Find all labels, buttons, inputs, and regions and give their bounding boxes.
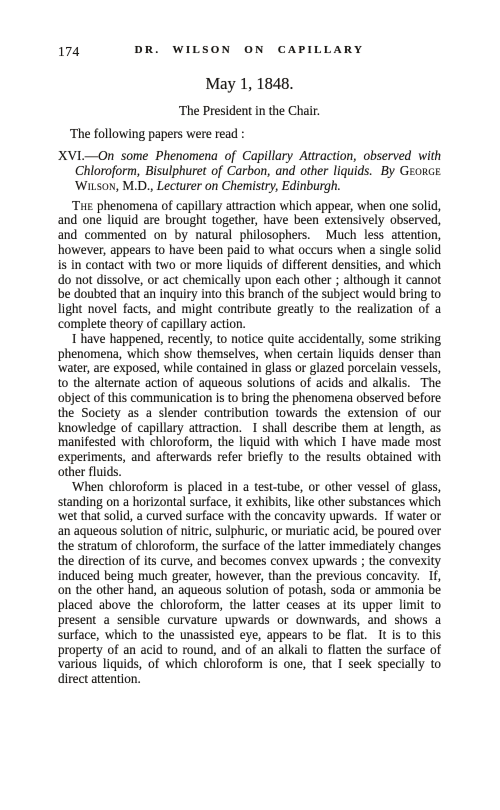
paragraph-2-text: I have happened, recently, to notice qui… <box>58 331 441 479</box>
article-by-label: By <box>381 163 395 178</box>
article-number: XVI.— <box>58 148 98 163</box>
article-heading: XVI.—On some Phenomena of Capillary Attr… <box>58 148 441 194</box>
paragraph-3: When chloroform is placed in a test-tube… <box>58 480 441 687</box>
scanned-page: 174 DR. WILSON ON CAPILLARY May 1, 1848.… <box>0 0 500 810</box>
paragraph-1: The phenomena of capillary attraction wh… <box>58 199 441 332</box>
paragraph-1-text: phenomena of capillary attraction which … <box>58 198 441 331</box>
paragraph-1-lead: The <box>72 198 93 213</box>
papers-read-line: The following papers were read : <box>58 126 441 142</box>
meeting-date-heading: May 1, 1848. <box>58 74 441 94</box>
page-number: 174 <box>58 44 80 60</box>
running-head: DR. WILSON ON CAPILLARY <box>58 44 441 56</box>
paragraph-3-text: When chloroform is placed in a test-tube… <box>58 479 441 686</box>
paragraph-2: I have happened, recently, to notice qui… <box>58 332 441 480</box>
page-header: 174 DR. WILSON ON CAPILLARY <box>58 44 441 58</box>
article-author-degree: , M.D., <box>116 178 157 193</box>
chair-line: The President in the Chair. <box>58 103 441 119</box>
article-author-role: Lecturer on Chemistry, Edinburgh. <box>157 178 341 193</box>
text-block: 174 DR. WILSON ON CAPILLARY May 1, 1848.… <box>58 44 441 687</box>
